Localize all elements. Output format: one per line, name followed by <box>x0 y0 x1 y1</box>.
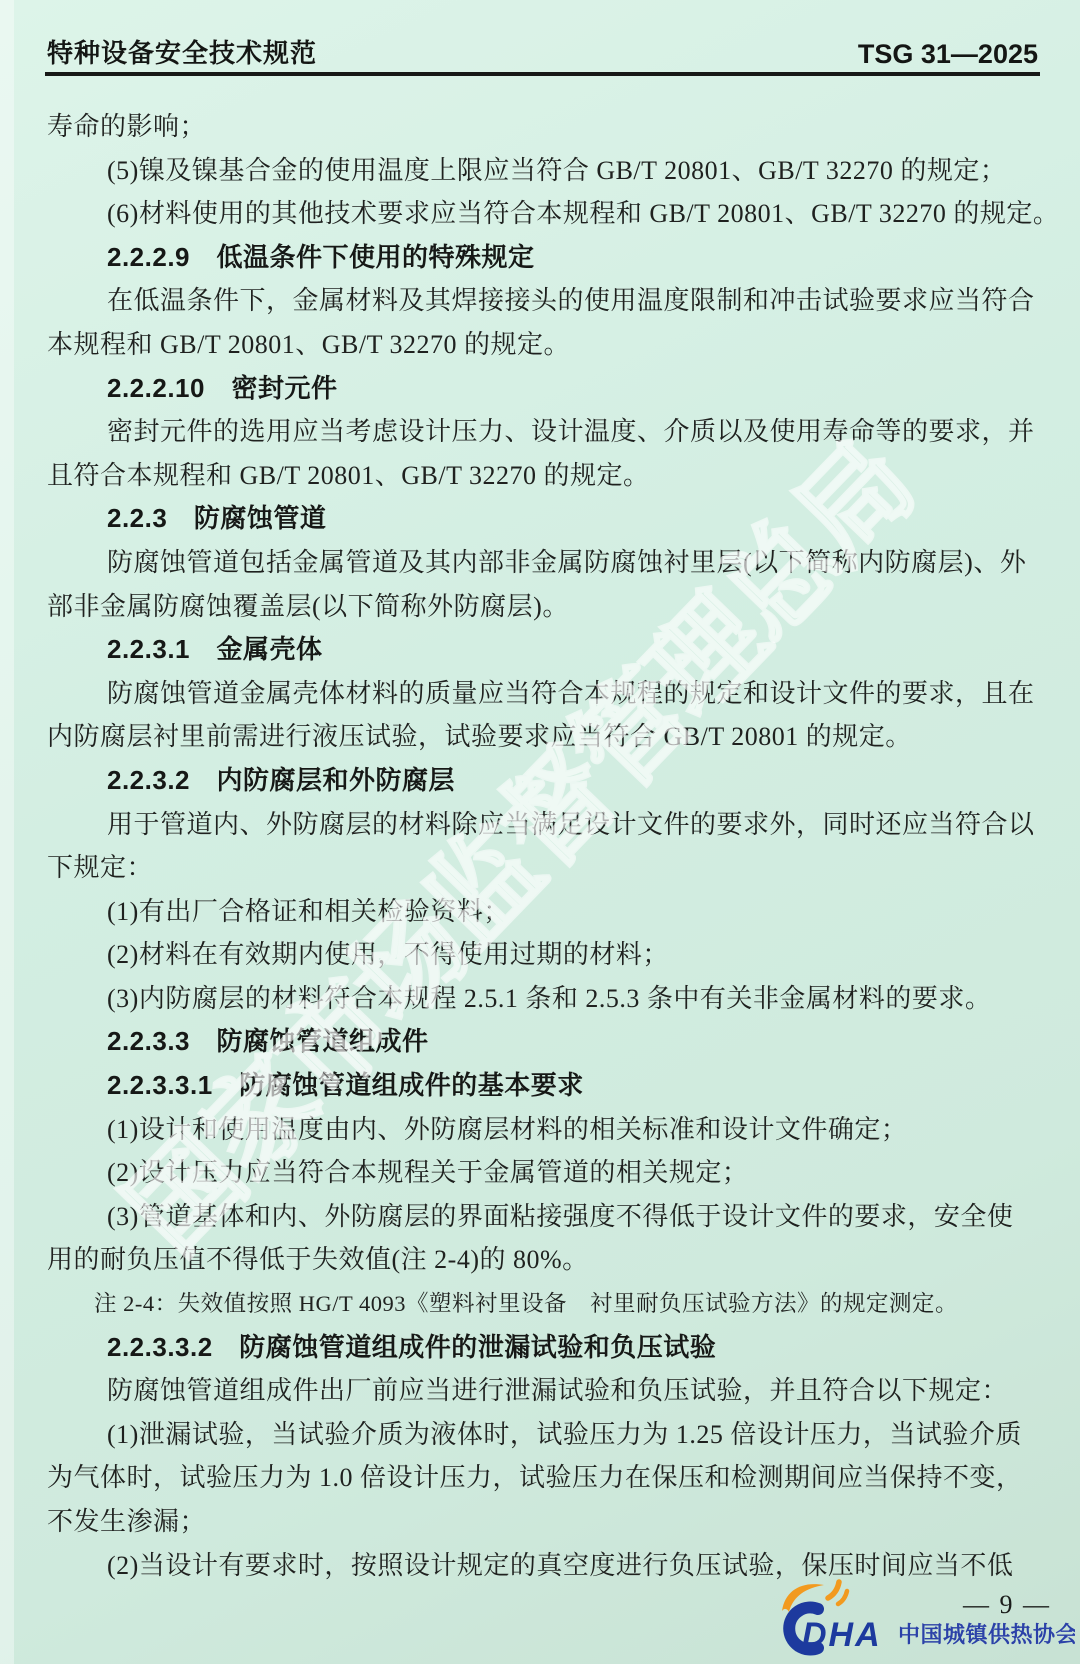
text-line: (6)材料使用的其他技术要求应当符合本规程和 GB/T 20801、GB/T 3… <box>47 192 1040 236</box>
header-doc-number: TSG 31—2025 <box>858 39 1038 70</box>
text-line: 下规定： <box>47 846 1040 890</box>
document-body: 寿命的影响；(5)镍及镍基合金的使用温度上限应当符合 GB/T 20801、GB… <box>47 105 1040 1587</box>
logo-acronym: DHA <box>802 1616 882 1654</box>
text-line: 密封元件的选用应当考虑设计压力、设计温度、介质以及使用寿命等的要求，并 <box>47 410 1040 454</box>
text-line: 且符合本规程和 GB/T 20801、GB/T 32270 的规定。 <box>47 454 1040 498</box>
text-line: 用的耐负压值不得低于失效值(注 2-4)的 80%。 <box>47 1238 1040 1282</box>
section-heading-line: 2.2.2.10 密封元件 <box>47 367 1040 411</box>
section-heading-line: 2.2.3 防腐蚀管道 <box>47 497 1040 541</box>
section-heading-line: 2.2.3.2 内防腐层和外防腐层 <box>47 759 1040 803</box>
text-line: 不发生渗漏； <box>47 1500 1040 1544</box>
header-rule <box>45 72 1040 76</box>
page-number: — 9 — <box>952 1590 1062 1620</box>
text-line: 部非金属防腐蚀覆盖层(以下简称外防腐层)。 <box>47 585 1040 629</box>
text-line: (1)泄漏试验，当试验介质为液体时，试验压力为 1.25 倍设计压力，当试验介质 <box>47 1413 1040 1457</box>
section-heading-line: 2.2.2.9 低温条件下使用的特殊规定 <box>47 236 1040 280</box>
text-line: (2)设计压力应当符合本规程关于金属管道的相关规定； <box>47 1151 1040 1195</box>
text-line: (1)有出厂合格证和相关检验资料； <box>47 890 1040 934</box>
text-line: 寿命的影响； <box>47 105 1040 149</box>
text-line: 用于管道内、外防腐层的材料除应当满足设计文件的要求外，同时还应当符合以 <box>47 803 1040 847</box>
text-line: 在低温条件下，金属材料及其焊接接头的使用温度限制和冲击试验要求应当符合 <box>47 279 1040 323</box>
text-line: 防腐蚀管道包括金属管道及其内部非金属防腐蚀衬里层(以下简称内防腐层)、外 <box>47 541 1040 585</box>
text-line: (2)材料在有效期内使用，不得使用过期的材料； <box>47 933 1040 977</box>
text-line: (3)管道基体和内、外防腐层的界面粘接强度不得低于设计文件的要求，安全使 <box>47 1195 1040 1239</box>
text-line: 内防腐层衬里前需进行液压试验，试验要求应当符合 GB/T 20801 的规定。 <box>47 715 1040 759</box>
text-line: 防腐蚀管道组成件出厂前应当进行泄漏试验和负压试验，并且符合以下规定： <box>47 1369 1040 1413</box>
text-line: (1)设计和使用温度由内、外防腐层材料的相关标准和设计文件确定； <box>47 1108 1040 1152</box>
text-line: (5)镍及镍基合金的使用温度上限应当符合 GB/T 20801、GB/T 322… <box>47 149 1040 193</box>
section-heading-line: 2.2.3.3.2 防腐蚀管道组成件的泄漏试验和负压试验 <box>47 1326 1040 1370</box>
document-page: 特种设备安全技术规范 TSG 31—2025 寿命的影响；(5)镍及镍基合金的使… <box>0 0 1080 1664</box>
text-line: (3)内防腐层的材料符合本规程 2.5.1 条和 2.5.3 条中有关非金属材料… <box>47 977 1040 1021</box>
text-line: 本规程和 GB/T 20801、GB/T 32270 的规定。 <box>47 323 1040 367</box>
section-heading-line: 2.2.3.3 防腐蚀管道组成件 <box>47 1020 1040 1064</box>
scan-edge-highlight <box>0 0 14 1664</box>
text-line: 注 2-4：失效值按照 HG/T 4093《塑料衬里设备 衬里耐负压试验方法》的… <box>47 1282 1040 1326</box>
page-header: 特种设备安全技术规范 TSG 31—2025 <box>47 30 1038 70</box>
section-heading-line: 2.2.3.3.1 防腐蚀管道组成件的基本要求 <box>47 1064 1040 1108</box>
text-line: 为气体时，试验压力为 1.0 倍设计压力，试验压力在保压和检测期间应当保持不变， <box>47 1456 1040 1500</box>
section-heading-line: 2.2.3.1 金属壳体 <box>47 628 1040 672</box>
logo-association-name: 中国城镇供热协会 <box>898 1622 1075 1647</box>
logo-arc-icon <box>828 1582 839 1598</box>
logo-arc-icon <box>838 1591 847 1604</box>
text-line: 防腐蚀管道金属壳体材料的质量应当符合本规程的规定和设计文件的要求，且在 <box>47 672 1040 716</box>
header-title: 特种设备安全技术规范 <box>47 33 317 70</box>
